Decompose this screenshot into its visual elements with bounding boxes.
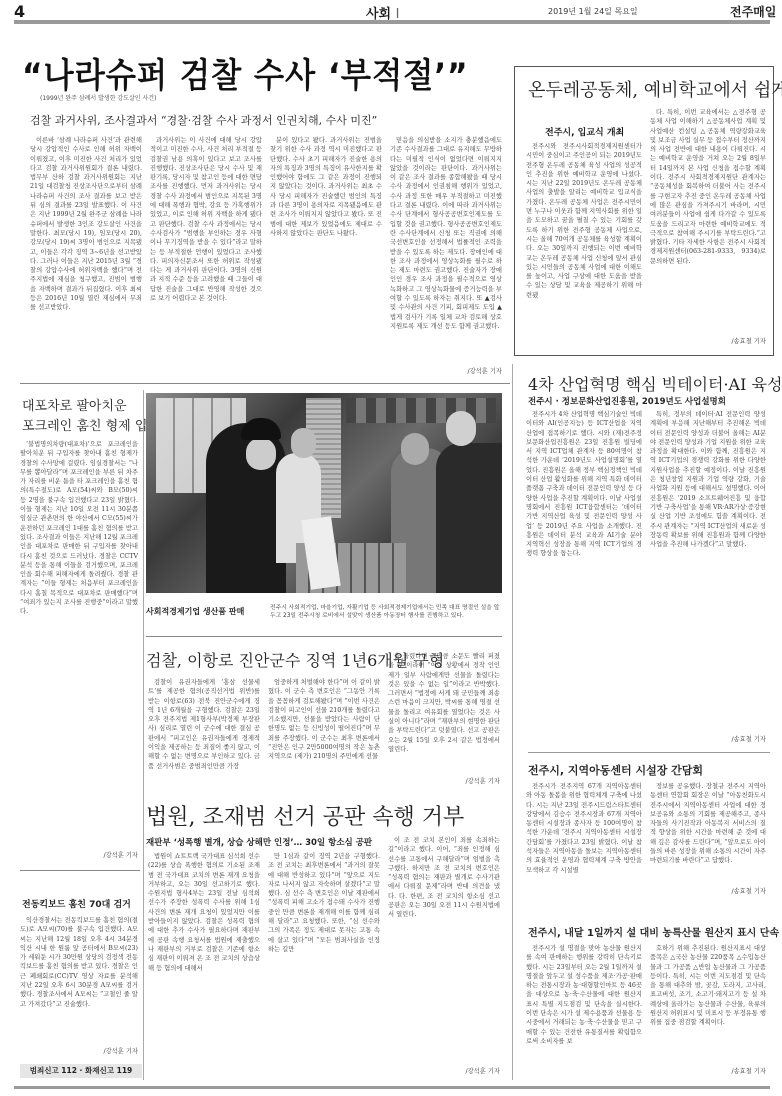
court-column-2-text: 만 1심과 같이 징역 2년을 구형했다. 조 전 코치는 최후변론에서 “과거… — [268, 852, 380, 954]
court-column-3: 이 조 전 코치 본인이 죄를 속죄하는 길”이라고 했다. 이어, “죄를 인… — [388, 836, 500, 1064]
box-article-subhead: 전주시, 입교식 개최 — [545, 125, 624, 138]
photo-label: 사회적경제기업 생산품 판매 — [146, 606, 244, 617]
mid-section-rule — [20, 383, 510, 384]
jinan-column-2: 엄중하게 처벌해야 한다”며 이 같이 밝혔다. 이 군수 측 변호인은 “그동… — [268, 678, 380, 776]
origin-column-1-text: 전주시가 설 명절을 맞아 농산물 원산지를 속여 판매하는 행위를 강력히 단… — [526, 944, 642, 1046]
origin-column-2: 호하기 위해 추진된다. 원산지표시 대상품목은 △국산 농산물 220품목 △… — [650, 944, 766, 1066]
poclain-headline-line2: 포크레인 훔친 형제 입건 — [22, 415, 160, 434]
header-rule — [14, 20, 770, 24]
court-column-3-text: 이 조 전 코치 본인이 죄를 속죄하는 길”이라고 했다. 이어, “죄를 인… — [388, 836, 500, 920]
box-column-1-text: 전주시와 전주시사회적경제지원센터가 시민이 중심이고 주인공이 되는 2019… — [526, 142, 642, 300]
jinan-column-3: 을 돌렸다면 그만큼 소문도 빨리 퍼졌을 것”이라며 “이런 상황에서 정작 … — [388, 652, 500, 774]
lead-headline: “나라슈퍼 검찰 수사 ‘부적절’” — [22, 48, 469, 97]
lead-subhead: 검찰 과거사위, 조사결과서 “경찰·검찰 수사 과정서 인권치해, 수사 미진… — [30, 112, 377, 128]
right-column-divider — [512, 364, 513, 1080]
court-byline: /강석훈 기자 — [388, 1066, 500, 1075]
box-column-2: 다. 특히, 이번 교육에서는 △전주형 공동체 사업 이해하기 △공동체사업 … — [650, 108, 766, 336]
lead-column-4: 믿음을 의심받을 소지가 충분했음에도 기존 수사결과를 그대로 유지해도 무방… — [390, 136, 502, 366]
photo-caption: 전주시 사회적기업, 마을기업, 자활기업 등 사회적경제기업에서는 민족 대표… — [270, 604, 502, 620]
board-byline: /강석훈 기자 — [20, 1046, 138, 1055]
page-number: 4 — [14, 2, 25, 21]
jinan-column-2-text: 엄중하게 처벌해야 한다”며 이 같이 밝혔다. 이 군수 측 변호인은 “그동… — [268, 678, 380, 762]
emergency-numbers-banner: 범죄신고 112 · 화재신고 119 — [20, 1064, 142, 1078]
lead-column-3-text: 분이 있다고 봤다. 과거사위는 진범을 찾기 위한 수사 과정 역시 미진했다… — [270, 136, 382, 238]
board-top-rule — [20, 870, 140, 871]
bigdata-headline: 4차 산업혁명 핵심 빅테이터·AI 육성 집중 — [528, 372, 782, 395]
court-column-2: 만 1심과 같이 징역 2년을 구형했다. 조 전 코치는 최후변론에서 “과거… — [268, 852, 380, 1074]
center-top-rule — [528, 752, 770, 753]
jinan-column-3-text: 을 돌렸다면 그만큼 소문도 빨리 퍼졌을 것”이라며 “이런 상황에서 정작 … — [388, 652, 500, 754]
court-column-1-text: 법원이 쇼트트랙 국가대표 심석희 선수(22)를 상습 폭행한 혐의로 기소된… — [148, 852, 260, 973]
jinan-byline: /강석훈 기자 — [388, 776, 500, 785]
box-column-2-text: 다. 특히, 이번 교육에서는 △전주형 공동체 사업 이해하기 △공동체사업 … — [650, 108, 766, 266]
board-body-text: 익산경찰서는 전동킥보드를 훔친 혐의(절도)로 A모씨(70)를 불구속 입건… — [20, 916, 138, 1009]
market-photo — [146, 393, 502, 593]
lead-column-1: 이른바 ‘삼례 나라슈퍼 사건’과 관련해 당시 강압적인 수사로 인해 허위 … — [30, 136, 142, 376]
lead-caption: (1999년 완주 삼례서 발생한 강도살인 사건) — [40, 93, 156, 102]
photo-face-1 — [246, 438, 276, 470]
origin-byline: /송효철 기자 — [650, 1066, 766, 1075]
poclain-headline-line1: 대포차로 팔아치운 — [22, 395, 127, 414]
photo-person-4 — [436, 443, 502, 593]
poclain-body-text: ‘불법명의차량(대포차)’으로 포크레인을 팔아치운 뒤 구입자를 찾아내 훔친… — [20, 440, 138, 617]
paper-name: 전주매일 — [730, 3, 776, 20]
origin-column-1: 전주시가 설 명절을 맞아 농산물 원산지를 속여 판매하는 행위를 강력히 단… — [526, 944, 642, 1076]
origin-column-2-text: 호하기 위해 추진된다. 원산지표시 대상품목은 △국산 농산물 220품목 △… — [650, 944, 766, 1028]
court-headline: 법원, 조재범 선거 공판 속행 거부 — [146, 800, 464, 831]
bigdata-byline: /송효철 기자 — [650, 734, 766, 743]
box-column-1: 전주시와 전주시사회적경제지원센터가 시민이 중심이고 주인공이 되는 2019… — [526, 142, 642, 344]
bottom-rule — [14, 1086, 770, 1089]
origin-headline: 전주시, 내달 1일까지 설 대비 농특산물 원산지 표시 단속 — [528, 924, 779, 939]
bigdata-column-2-text: 특히, 정부의 데이터·AI 전문인력 양성 계획에 부응해 지난해부터 추진해… — [650, 410, 766, 549]
lead-column-2-text: 과거사위는 이 사건에 대해 당시 강압적이고 미진한 수사, 사건 처리 부적… — [150, 136, 262, 303]
lead-column-4-text: 믿음을 의심받을 소지가 충분했음에도 기존 수사결과를 그대로 유지해도 무방… — [390, 136, 502, 331]
bigdata-column-2: 특히, 정부의 데이터·AI 전문인력 양성 계획에 부응해 지난해부터 추진해… — [650, 410, 766, 732]
court-column-1: 법원이 쇼트트랙 국가대표 심석희 선수(22)를 상습 폭행한 혐의로 기소된… — [148, 852, 260, 1074]
box-article-headline: 온두레공동체, 예비학교에서 쉽게 — [528, 76, 768, 102]
lead-column-1-text: 이른바 ‘삼례 나라슈퍼 사건’과 관련해 당시 강압적인 수사로 인해 허위 … — [30, 136, 142, 313]
jinan-top-rule — [146, 636, 502, 637]
box-byline: /송효철 기자 — [650, 336, 766, 345]
center-column-2-text: 정보를 공유했다. 장철규 전주시 지역아동센터 연합회 회장은 이날 “아동친… — [650, 782, 766, 866]
photo-face-3 — [401, 433, 429, 465]
photo-hat — [241, 418, 281, 440]
board-body: 익산경찰서는 전동킥보드를 훔친 혐의(절도)로 A모씨(70)를 불구속 입건… — [20, 916, 138, 1046]
bigdata-column-1-text: 전주시가 4차 산업혁명 핵심기술인 빅데이터와 AI(인공지능) 등 ICT산… — [526, 410, 642, 559]
center-column-2: 정보를 공유했다. 장철규 전주시 지역아동센터 연합회 회장은 이날 “아동친… — [650, 782, 766, 886]
bigdata-subhead: 전주시 · 정보문화산업진흥원, 2019년도 사업설명회 — [528, 395, 726, 407]
board-headline: 전동킥보드 훔친 70대 검거 — [22, 897, 131, 910]
lead-column-2: 과거사위는 이 사건에 대해 당시 강압적이고 미진한 수사, 사건 처리 부적… — [150, 136, 262, 376]
jinan-column-1-text: 검찰이 유권자들에게 ‘홍삼 선물세트’를 제공한 혐의(공직선거법 위반)를 … — [148, 678, 260, 771]
bigdata-column-1: 전주시가 4차 산업혁명 핵심기술인 빅데이터와 AI(인공지능) 등 ICT산… — [526, 410, 642, 734]
photo-face-2 — [291, 428, 316, 458]
center-headline: 전주시, 지역아동센터 시설장 간담회 — [528, 762, 703, 778]
court-subhead: 재판부 ‘성폭행 별개, 상습 상해만 인정’… 30일 항소심 공판 — [146, 836, 372, 848]
left-column-divider — [143, 390, 144, 1080]
photo-face-4 — [446, 411, 476, 446]
lead-column-3: 분이 있다고 봤다. 과거사위는 진범을 찾기 위한 수사 과정 역시 미진했다… — [270, 136, 382, 376]
issue-date: 2019년 1월 24일 목요일 — [548, 6, 638, 17]
poclain-byline: /강석훈 기자 — [20, 850, 138, 859]
center-byline: /송효철 기자 — [650, 886, 766, 895]
center-column-1-text: 전주시가 전주지역 67개 지역아동센터와 아동 돌봄을 위한 협력체계 구축에… — [526, 782, 642, 875]
lead-byline: /강석훈 기자 — [390, 366, 502, 375]
poclain-body: ‘불법명의차량(대포차)’으로 포크레인을 팔아치운 뒤 구입자를 찾아내 훔친… — [20, 440, 138, 848]
jinan-column-1: 검찰이 유권자들에게 ‘홍삼 선물세트’를 제공한 혐의(공직선거법 위반)를 … — [148, 678, 260, 776]
center-column-1: 전주시가 전주지역 67개 지역아동센터와 아동 돌봄을 위한 협력체계 구축에… — [526, 782, 642, 894]
